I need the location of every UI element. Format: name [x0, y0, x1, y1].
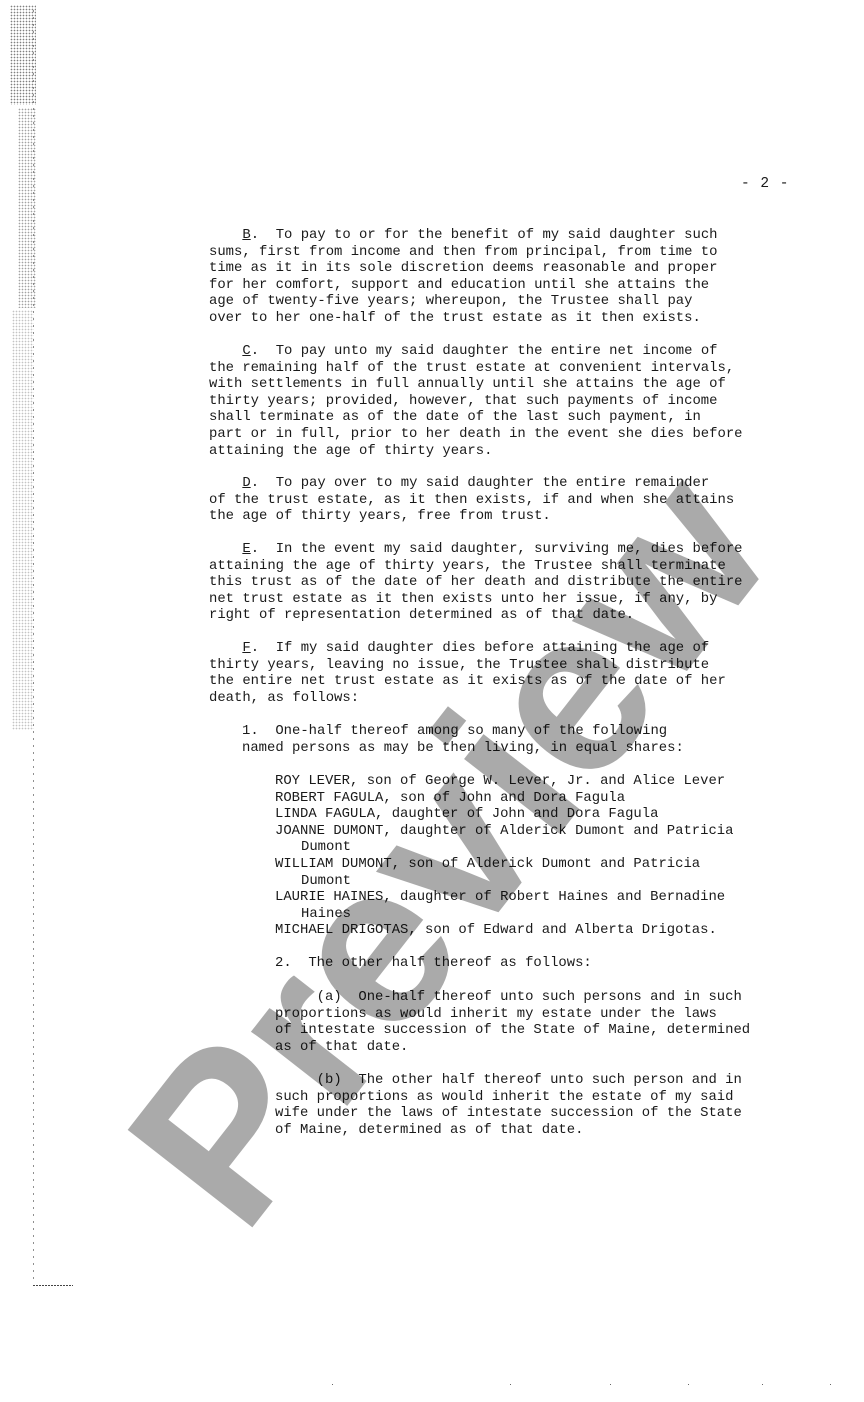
paragraph-text: . If my said daughter dies before attain…: [209, 640, 726, 706]
scan-speck: [610, 1384, 611, 1385]
beneficiary-name: ROY LEVER, son of George W. Lever, Jr. a…: [275, 773, 725, 789]
paragraph-c: C. To pay unto my said daughter the enti…: [209, 343, 743, 459]
beneficiary-name: WILLIAM DUMONT, son of Alderick Dumont a…: [275, 856, 700, 872]
paragraph-e: E. In the event my said daughter, surviv…: [209, 541, 743, 624]
scan-speck: [762, 1384, 763, 1385]
beneficiary-continuation: Dumont: [275, 873, 733, 890]
scan-noise: [12, 310, 34, 730]
beneficiary-item: MICHAEL DRIGOTAS, son of Edward and Albe…: [275, 922, 733, 939]
beneficiary-item: LINDA FAGULA, daughter of John and Dora …: [275, 806, 733, 823]
paragraph-f: F. If my said daughter dies before attai…: [209, 640, 726, 706]
beneficiary-item: ROBERT FAGULA, son of John and Dora Fagu…: [275, 790, 733, 807]
paragraph-text: . To pay unto my said daughter the entir…: [209, 343, 743, 459]
subsection-2: 2. The other half thereof as follows:: [275, 955, 592, 972]
beneficiary-name: MICHAEL DRIGOTAS, son of Edward and Albe…: [275, 922, 717, 938]
beneficiary-continuation: Haines: [275, 906, 733, 923]
beneficiary-item: ROY LEVER, son of George W. Lever, Jr. a…: [275, 773, 733, 790]
beneficiary-name: LAURIE HAINES, daughter of Robert Haines…: [275, 889, 725, 905]
scan-speck: [830, 1384, 831, 1385]
beneficiary-list: ROY LEVER, son of George W. Lever, Jr. a…: [275, 773, 733, 939]
beneficiary-item: WILLIAM DUMONT, son of Alderick Dumont a…: [275, 856, 733, 889]
subsection-2a: (a) One-half thereof unto such persons a…: [275, 989, 750, 1055]
paragraph-text: . To pay to or for the benefit of my sai…: [209, 227, 718, 326]
scan-speck: [510, 1384, 511, 1385]
paragraph-text: . In the event my said daughter, survivi…: [209, 541, 743, 623]
paragraph-label: C: [242, 343, 250, 359]
beneficiary-item: LAURIE HAINES, daughter of Robert Haines…: [275, 889, 733, 922]
paragraph-label: B: [242, 227, 250, 243]
beneficiary-name: JOANNE DUMONT, daughter of Alderick Dumo…: [275, 823, 733, 839]
beneficiary-name: LINDA FAGULA, daughter of John and Dora …: [275, 806, 658, 822]
beneficiary-name: ROBERT FAGULA, son of John and Dora Fagu…: [275, 790, 625, 806]
paragraph-label: F: [242, 640, 250, 656]
scan-edge-line: [33, 1285, 73, 1286]
paragraph-b: B. To pay to or for the benefit of my sa…: [209, 227, 718, 327]
beneficiary-continuation: Dumont: [275, 839, 733, 856]
beneficiary-item: JOANNE DUMONT, daughter of Alderick Dumo…: [275, 823, 733, 856]
scan-speck: [332, 1384, 333, 1385]
paragraph-d: D. To pay over to my said daughter the e…: [209, 475, 734, 525]
scan-speck: [688, 1384, 689, 1385]
scan-edge-line: [33, 10, 34, 1280]
subsection-1: 1. One-half thereof among so many of the…: [242, 723, 684, 756]
page-number: - 2 -: [741, 176, 790, 192]
paragraph-label: E: [242, 541, 250, 557]
subsection-2b: (b) The other half thereof unto such per…: [275, 1072, 742, 1138]
paragraph-label: D: [242, 475, 250, 491]
paragraph-text: . To pay over to my said daughter the en…: [209, 475, 734, 524]
